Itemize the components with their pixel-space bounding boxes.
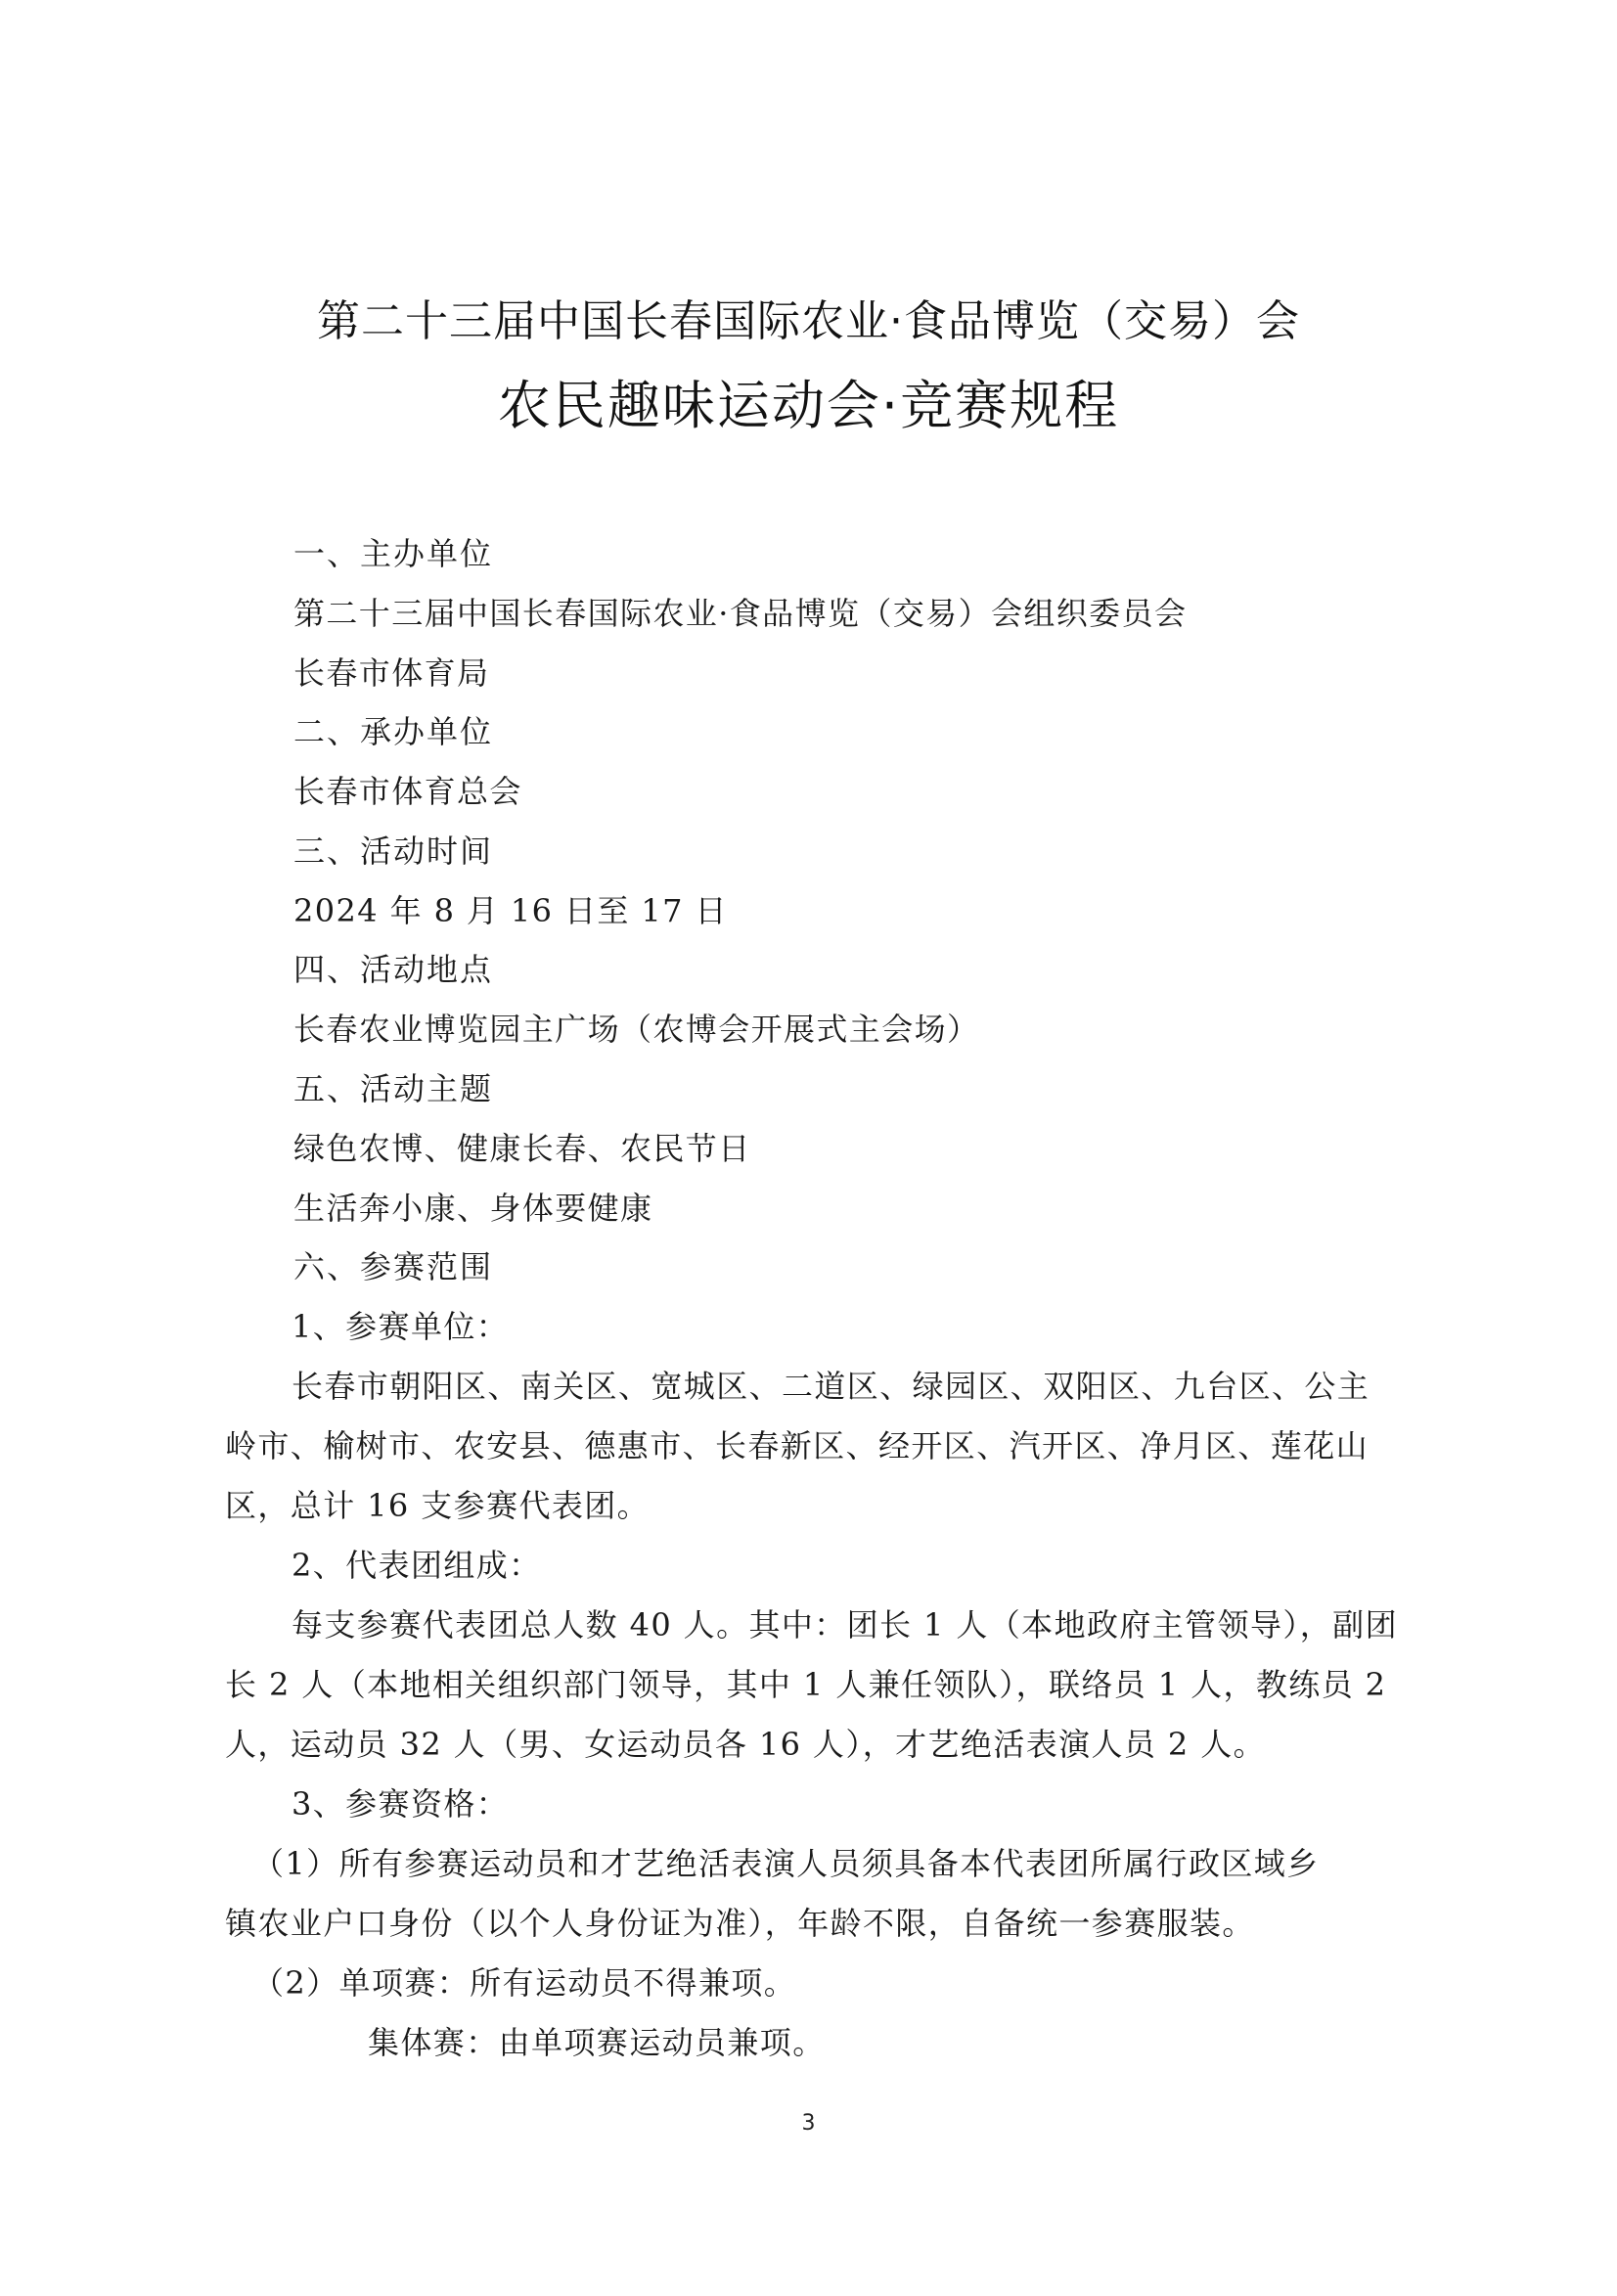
organizer-line: 第二十三届中国长春国际农业·食品博览（交易）会组织委员会 bbox=[293, 594, 1187, 633]
page-number: 3 bbox=[0, 2111, 1617, 2136]
composition-line: 每支参赛代表团总人数 40 人。其中：团长 1 人（本地政府主管领导），副团 bbox=[292, 1605, 1398, 1644]
section-heading-theme: 五、活动主题 bbox=[293, 1069, 493, 1108]
undertaker-line: 长春市体育总会 bbox=[293, 772, 522, 811]
time-line: 2024 年 8 月 16 日至 17 日 bbox=[293, 891, 728, 930]
units-line: 岭市、榆树市、农安县、德惠市、长春新区、经开区、汽开区、净月区、莲花山 bbox=[225, 1426, 1369, 1465]
units-line: 区，总计 16 支参赛代表团。 bbox=[225, 1486, 650, 1525]
eligibility-line: 集体赛：由单项赛运动员兼项。 bbox=[368, 2023, 826, 2062]
eligibility-line: （2）单项赛：所有运动员不得兼项。 bbox=[252, 1963, 796, 2003]
eligibility-line: 镇农业户口身份（以个人身份证为准），年龄不限，自备统一参赛服装。 bbox=[225, 1904, 1255, 1943]
venue-line: 长春农业博览园主广场（农博会开展式主会场） bbox=[293, 1010, 979, 1049]
document-title-line1: 第二十三届中国长春国际农业·食品博览（交易）会 bbox=[0, 286, 1617, 348]
subheading-composition: 2、代表团组成： bbox=[292, 1546, 542, 1585]
eligibility-line: （1）所有参赛运动员和才艺绝活表演人员须具备本代表团所属行政区域乡 bbox=[252, 1844, 1320, 1883]
section-heading-venue: 四、活动地点 bbox=[293, 950, 493, 989]
section-heading-scope: 六、参赛范围 bbox=[293, 1247, 493, 1286]
section-heading-organizer: 一、主办单位 bbox=[293, 534, 493, 573]
units-line: 长春市朝阳区、南关区、宽城区、二道区、绿园区、双阳区、九台区、公主 bbox=[292, 1367, 1370, 1406]
section-heading-undertaker: 二、承办单位 bbox=[293, 712, 493, 751]
section-heading-time: 三、活动时间 bbox=[293, 832, 493, 871]
document-page: 第二十三届中国长春国际农业·食品博览（交易）会 农民趣味运动会·竞赛规程 一、主… bbox=[0, 0, 1617, 2296]
subheading-eligibility: 3、参赛资格： bbox=[292, 1784, 509, 1823]
subheading-units: 1、参赛单位： bbox=[292, 1307, 509, 1346]
organizer-line: 长春市体育局 bbox=[293, 653, 489, 693]
document-title-line2: 农民趣味运动会·竞赛规程 bbox=[0, 364, 1617, 439]
composition-line: 长 2 人（本地相关组织部门领导，其中 1 人兼任领队），联络员 1 人，教练员… bbox=[225, 1665, 1386, 1704]
theme-line: 绿色农博、健康长春、农民节日 bbox=[293, 1129, 751, 1168]
theme-line: 生活奔小康、身体要健康 bbox=[293, 1189, 652, 1228]
composition-line: 人，运动员 32 人（男、女运动员各 16 人），才艺绝活表演人员 2 人。 bbox=[225, 1725, 1266, 1764]
